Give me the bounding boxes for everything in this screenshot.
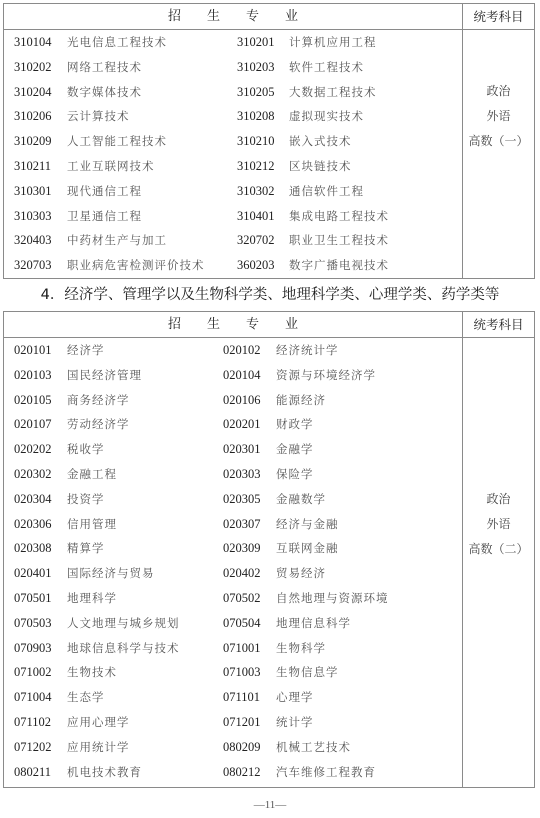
major-name: 商务经济学 — [67, 388, 130, 413]
major-name: 生态学 — [67, 685, 105, 710]
major-name: 金融数学 — [276, 487, 326, 512]
major-name: 人文地理与城乡规划 — [67, 611, 180, 636]
major-name: 精算学 — [67, 536, 105, 561]
major-code: 070504 — [223, 611, 261, 636]
major-name: 汽车维修工程教育 — [276, 760, 376, 785]
table-row: 310211工业互联网技术310212区块链技术 — [4, 154, 462, 179]
major-name: 卫星通信工程 — [67, 204, 142, 229]
major-code: 310212 — [237, 154, 275, 179]
table-row: 071202应用统计学080209机械工艺技术 — [4, 735, 462, 760]
subject-foreign-language: 外语 — [463, 104, 534, 129]
major-code: 310302 — [237, 179, 275, 204]
major-code: 071002 — [14, 660, 52, 685]
major-name: 网络工程技术 — [67, 55, 142, 80]
major-code: 020101 — [14, 338, 52, 363]
header-char: 专 — [246, 4, 259, 29]
page-number: —11— — [0, 799, 540, 811]
table-row: 310206云计算技术310208虚拟现实技术 — [4, 104, 462, 129]
table-row: 020103国民经济管理020104资源与环境经济学 — [4, 363, 462, 388]
table-row: 070501地理科学070502自然地理与资源环境 — [4, 586, 462, 611]
major-name: 中药材生产与加工 — [67, 228, 167, 253]
major-name: 保险学 — [276, 462, 314, 487]
major-name: 投资学 — [67, 487, 105, 512]
majors-table-2: 招生专业 统考科目 020101经济学020102经济统计学020103国民经济… — [3, 311, 535, 788]
table-row: 071004生态学071101心理学 — [4, 685, 462, 710]
major-code: 020308 — [14, 536, 52, 561]
major-name: 数字媒体技术 — [67, 80, 142, 105]
major-code: 310104 — [14, 30, 52, 55]
major-code: 320403 — [14, 228, 52, 253]
major-code: 310303 — [14, 204, 52, 229]
table-row: 020107劳动经济学020201财政学 — [4, 412, 462, 437]
major-code: 071004 — [14, 685, 52, 710]
table-header: 招生专业 统考科目 — [4, 312, 534, 338]
header-majors: 招生专业 — [4, 312, 462, 337]
major-code: 020401 — [14, 561, 52, 586]
major-code: 020301 — [223, 437, 261, 462]
major-code: 071202 — [14, 735, 52, 760]
header-char: 招 — [168, 312, 181, 337]
major-code: 071001 — [223, 636, 261, 661]
table-row: 310301现代通信工程310302通信软件工程 — [4, 179, 462, 204]
major-code: 070503 — [14, 611, 52, 636]
major-name: 金融工程 — [67, 462, 117, 487]
major-code: 310201 — [237, 30, 275, 55]
major-name: 地球信息科学与技术 — [67, 636, 180, 661]
major-name: 应用统计学 — [67, 735, 130, 760]
major-code: 020202 — [14, 437, 52, 462]
major-code: 020107 — [14, 412, 52, 437]
table-row: 020302金融工程020303保险学 — [4, 462, 462, 487]
header-char: 生 — [207, 312, 220, 337]
major-name: 经济与金融 — [276, 512, 339, 537]
major-name: 生物技术 — [67, 660, 117, 685]
major-code: 320702 — [237, 228, 275, 253]
major-name: 工业互联网技术 — [67, 154, 155, 179]
major-code: 310401 — [237, 204, 275, 229]
major-code: 360203 — [237, 253, 275, 278]
major-name: 机电技术教育 — [67, 760, 142, 785]
major-name: 职业卫生工程技术 — [289, 228, 389, 253]
header-char: 生 — [207, 4, 220, 29]
major-name: 资源与环境经济学 — [276, 363, 376, 388]
major-name: 贸易经济 — [276, 561, 326, 586]
major-name: 劳动经济学 — [67, 412, 130, 437]
major-name: 税收学 — [67, 437, 105, 462]
table-row: 310204数字媒体技术310205大数据工程技术 — [4, 80, 462, 105]
major-code: 310301 — [14, 179, 52, 204]
table-header: 招生专业 统考科目 — [4, 4, 534, 30]
major-name: 经济统计学 — [276, 338, 339, 363]
exam-subjects-cell: 政治 外语 高数（一） — [463, 79, 534, 153]
major-code: 310210 — [237, 129, 275, 154]
table-row: 071102应用心理学071201统计学 — [4, 710, 462, 735]
exam-subjects-cell: 政治 外语 高数（二） — [463, 487, 534, 561]
table-row: 020202税收学020301金融学 — [4, 437, 462, 462]
table-row: 020308精算学020309互联网金融 — [4, 536, 462, 561]
major-code: 020105 — [14, 388, 52, 413]
major-code: 020304 — [14, 487, 52, 512]
table-row: 320703职业病危害检测评价技术360203数字广播电视技术 — [4, 253, 462, 278]
table-row: 080211机电技术教育080212汽车维修工程教育 — [4, 760, 462, 785]
major-name: 国际经济与贸易 — [67, 561, 155, 586]
major-name: 生物信息学 — [276, 660, 339, 685]
major-name: 国民经济管理 — [67, 363, 142, 388]
subject-politics: 政治 — [463, 79, 534, 104]
major-name: 大数据工程技术 — [289, 80, 377, 105]
table-row: 310104光电信息工程技术310201计算机应用工程 — [4, 30, 462, 55]
major-code: 310208 — [237, 104, 275, 129]
major-code: 310204 — [14, 80, 52, 105]
major-name: 现代通信工程 — [67, 179, 142, 204]
table-row: 070503人文地理与城乡规划070504地理信息科学 — [4, 611, 462, 636]
major-code: 020305 — [223, 487, 261, 512]
major-name: 计算机应用工程 — [289, 30, 377, 55]
major-code: 310203 — [237, 55, 275, 80]
major-code: 310206 — [14, 104, 52, 129]
major-code: 070501 — [14, 586, 52, 611]
table-row: 020401国际经济与贸易020402贸易经济 — [4, 561, 462, 586]
major-name: 地理信息科学 — [276, 611, 351, 636]
major-code: 020306 — [14, 512, 52, 537]
major-code: 310202 — [14, 55, 52, 80]
header-char: 专 — [246, 312, 259, 337]
major-name: 应用心理学 — [67, 710, 130, 735]
major-name: 生物科学 — [276, 636, 326, 661]
major-code: 080211 — [14, 760, 51, 785]
major-code: 071102 — [14, 710, 51, 735]
major-code: 020302 — [14, 462, 52, 487]
table-row: 020105商务经济学020106能源经济 — [4, 388, 462, 413]
table-row: 070903地球信息科学与技术071001生物科学 — [4, 636, 462, 661]
table-row: 071002生物技术071003生物信息学 — [4, 660, 462, 685]
major-name: 信用管理 — [67, 512, 117, 537]
table-row: 310303卫星通信工程310401集成电路工程技术 — [4, 204, 462, 229]
major-name: 区块链技术 — [289, 154, 352, 179]
major-name: 云计算技术 — [67, 104, 130, 129]
table-row: 020304投资学020305金融数学 — [4, 487, 462, 512]
header-char: 招 — [168, 4, 181, 29]
majors-table-1: 招生专业 统考科目 310104光电信息工程技术310201计算机应用工程310… — [3, 3, 535, 279]
major-name: 集成电路工程技术 — [289, 204, 389, 229]
header-exam-subjects: 统考科目 — [463, 312, 534, 337]
major-name: 财政学 — [276, 412, 314, 437]
major-name: 自然地理与资源环境 — [276, 586, 389, 611]
major-name: 机械工艺技术 — [276, 735, 351, 760]
section-title: 4．经济学、管理学以及生物科学类、地理科学类、心理学类、药学类等 — [0, 283, 540, 307]
major-code: 020201 — [223, 412, 261, 437]
subject-politics: 政治 — [463, 487, 534, 512]
major-code: 020106 — [223, 388, 261, 413]
major-name: 经济学 — [67, 338, 105, 363]
major-name: 数字广播电视技术 — [289, 253, 389, 278]
major-name: 能源经济 — [276, 388, 326, 413]
major-name: 虚拟现实技术 — [289, 104, 364, 129]
header-char: 业 — [285, 4, 298, 29]
major-code: 070903 — [14, 636, 52, 661]
table-row: 310209人工智能工程技术310210嵌入式技术 — [4, 129, 462, 154]
major-name: 地理科学 — [67, 586, 117, 611]
header-majors: 招生专业 — [4, 4, 462, 29]
major-code: 080209 — [223, 735, 261, 760]
major-code: 310211 — [14, 154, 51, 179]
major-code: 020307 — [223, 512, 261, 537]
major-code: 320703 — [14, 253, 52, 278]
major-code: 310205 — [237, 80, 275, 105]
major-name: 金融学 — [276, 437, 314, 462]
major-name: 软件工程技术 — [289, 55, 364, 80]
major-name: 光电信息工程技术 — [67, 30, 167, 55]
header-char: 业 — [285, 312, 298, 337]
major-code: 080212 — [223, 760, 261, 785]
major-code: 020103 — [14, 363, 52, 388]
major-name: 通信软件工程 — [289, 179, 364, 204]
major-name: 互联网金融 — [276, 536, 339, 561]
major-code: 071003 — [223, 660, 261, 685]
subject-math: 高数（一） — [463, 129, 534, 154]
major-code: 070502 — [223, 586, 261, 611]
major-code: 310209 — [14, 129, 52, 154]
major-name: 统计学 — [276, 710, 314, 735]
major-name: 嵌入式技术 — [289, 129, 352, 154]
table-row: 320403中药材生产与加工320702职业卫生工程技术 — [4, 228, 462, 253]
major-code: 071101 — [223, 685, 260, 710]
major-code: 020402 — [223, 561, 261, 586]
major-name: 人工智能工程技术 — [67, 129, 167, 154]
major-code: 020309 — [223, 536, 261, 561]
header-exam-subjects: 统考科目 — [463, 4, 534, 29]
major-code: 071201 — [223, 710, 261, 735]
major-code: 020303 — [223, 462, 261, 487]
major-code: 020102 — [223, 338, 261, 363]
major-name: 心理学 — [276, 685, 314, 710]
major-code: 020104 — [223, 363, 261, 388]
table-row: 020101经济学020102经济统计学 — [4, 338, 462, 363]
major-name: 职业病危害检测评价技术 — [67, 253, 205, 278]
table-row: 310202网络工程技术310203软件工程技术 — [4, 55, 462, 80]
table-row: 020306信用管理020307经济与金融 — [4, 512, 462, 537]
subject-foreign-language: 外语 — [463, 512, 534, 537]
subject-math: 高数（二） — [463, 537, 534, 562]
